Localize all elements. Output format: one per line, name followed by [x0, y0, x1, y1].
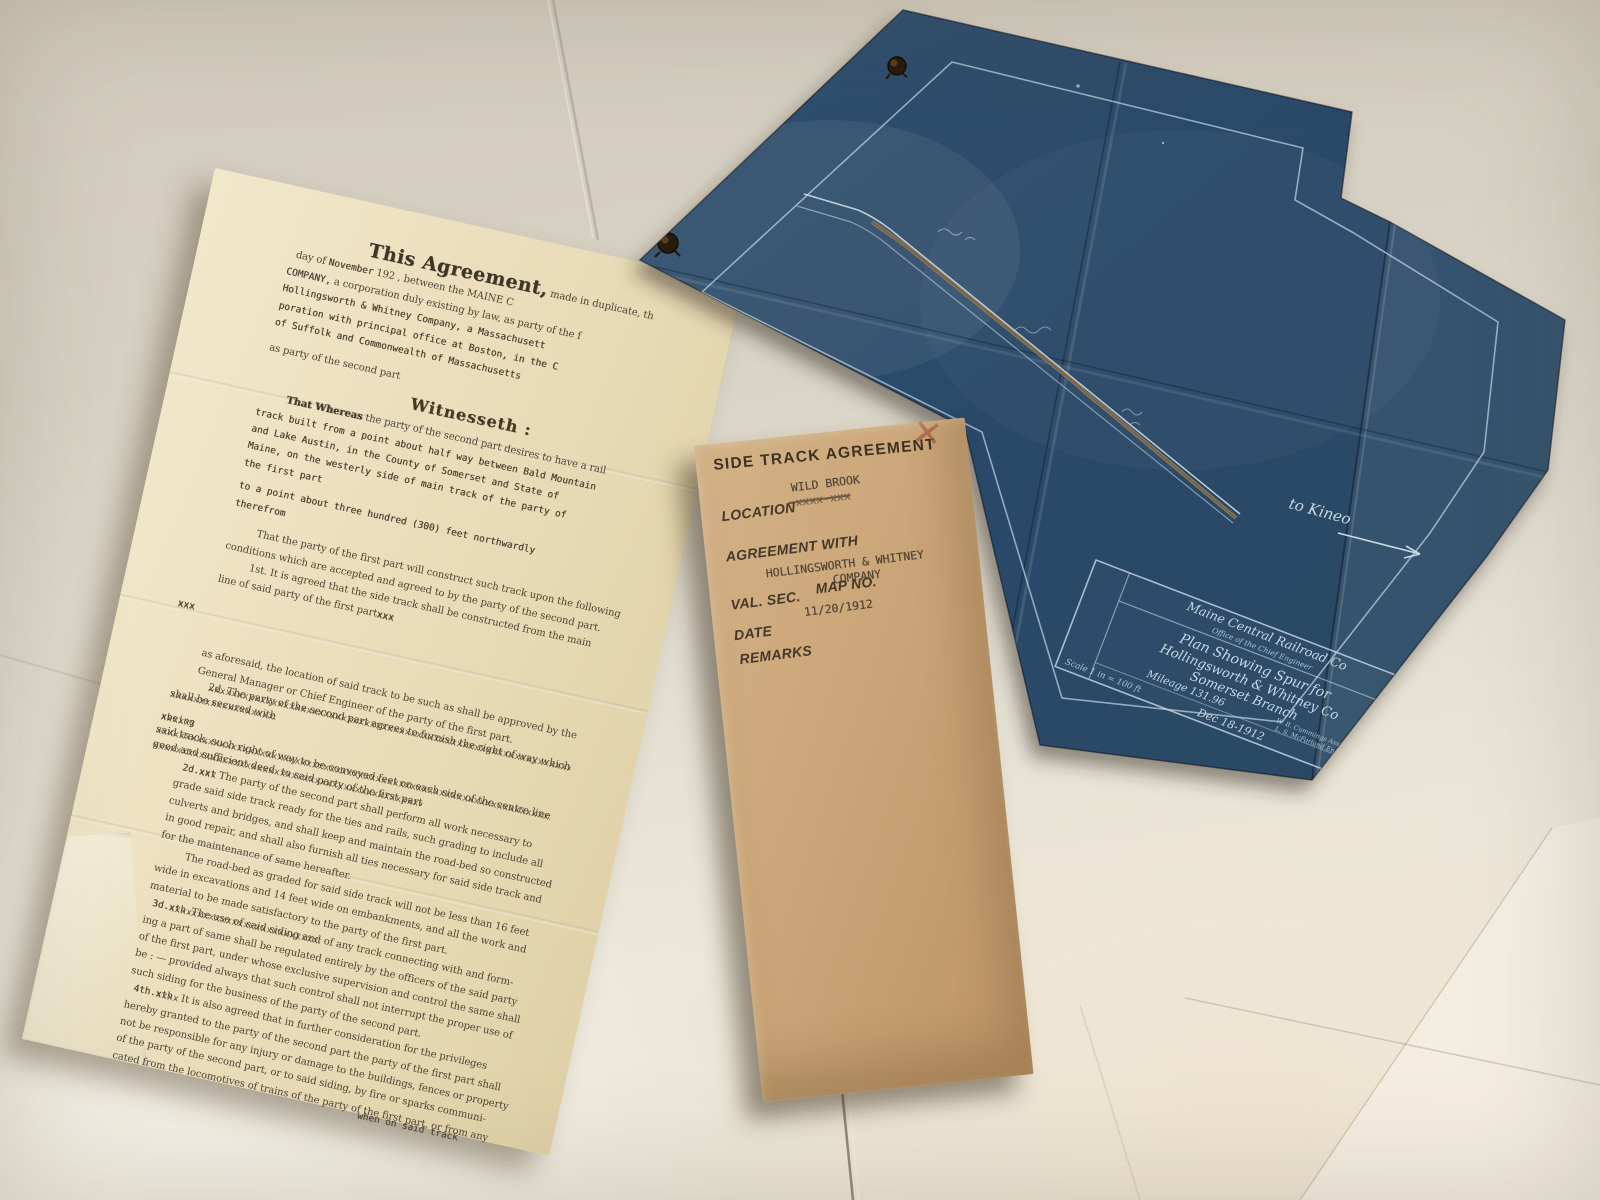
map-no-label: MAP NO.	[815, 573, 878, 597]
blueprint-speck	[1162, 142, 1164, 144]
brass-fastener	[655, 233, 680, 257]
blueprint-speck	[1076, 84, 1079, 87]
date-value: 11/20/1912	[803, 597, 873, 619]
brass-fastener	[886, 57, 907, 79]
val-sec-label: VAL. SEC.	[730, 588, 802, 613]
location-label: LOCATION	[721, 499, 797, 524]
pencil-x-mark: ✕	[909, 412, 945, 457]
remarks-label: REMARKS	[739, 642, 813, 667]
date-label: DATE	[733, 623, 773, 644]
